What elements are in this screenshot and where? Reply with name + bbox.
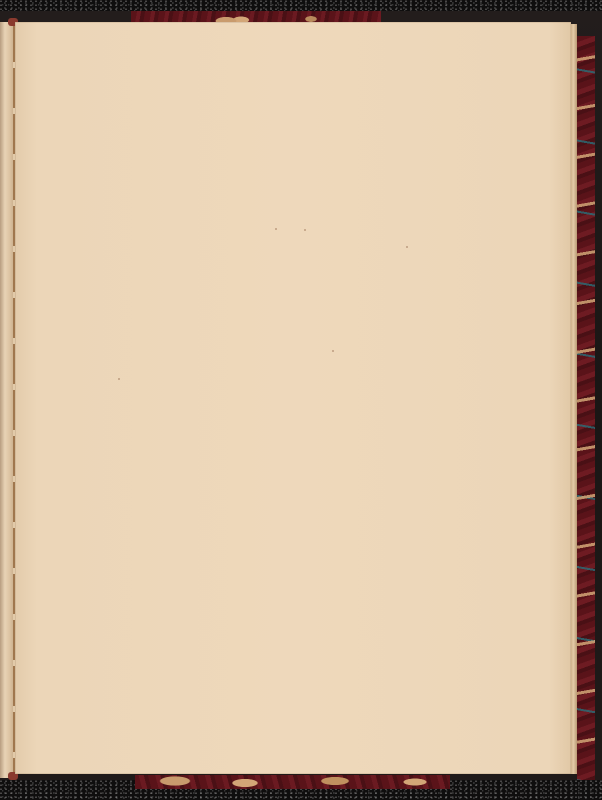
book-scan xyxy=(0,0,602,800)
paper-speck xyxy=(275,228,277,230)
paper-speck xyxy=(332,350,334,352)
marbled-endpaper-right xyxy=(577,36,595,780)
page-fore-edge xyxy=(571,24,577,774)
binding-gutter xyxy=(0,22,14,778)
paper-speck xyxy=(406,246,408,248)
paper-speck xyxy=(304,229,306,231)
marbled-endpaper-bottom xyxy=(135,775,450,789)
blank-page xyxy=(15,22,571,774)
paper-speck xyxy=(118,378,120,380)
